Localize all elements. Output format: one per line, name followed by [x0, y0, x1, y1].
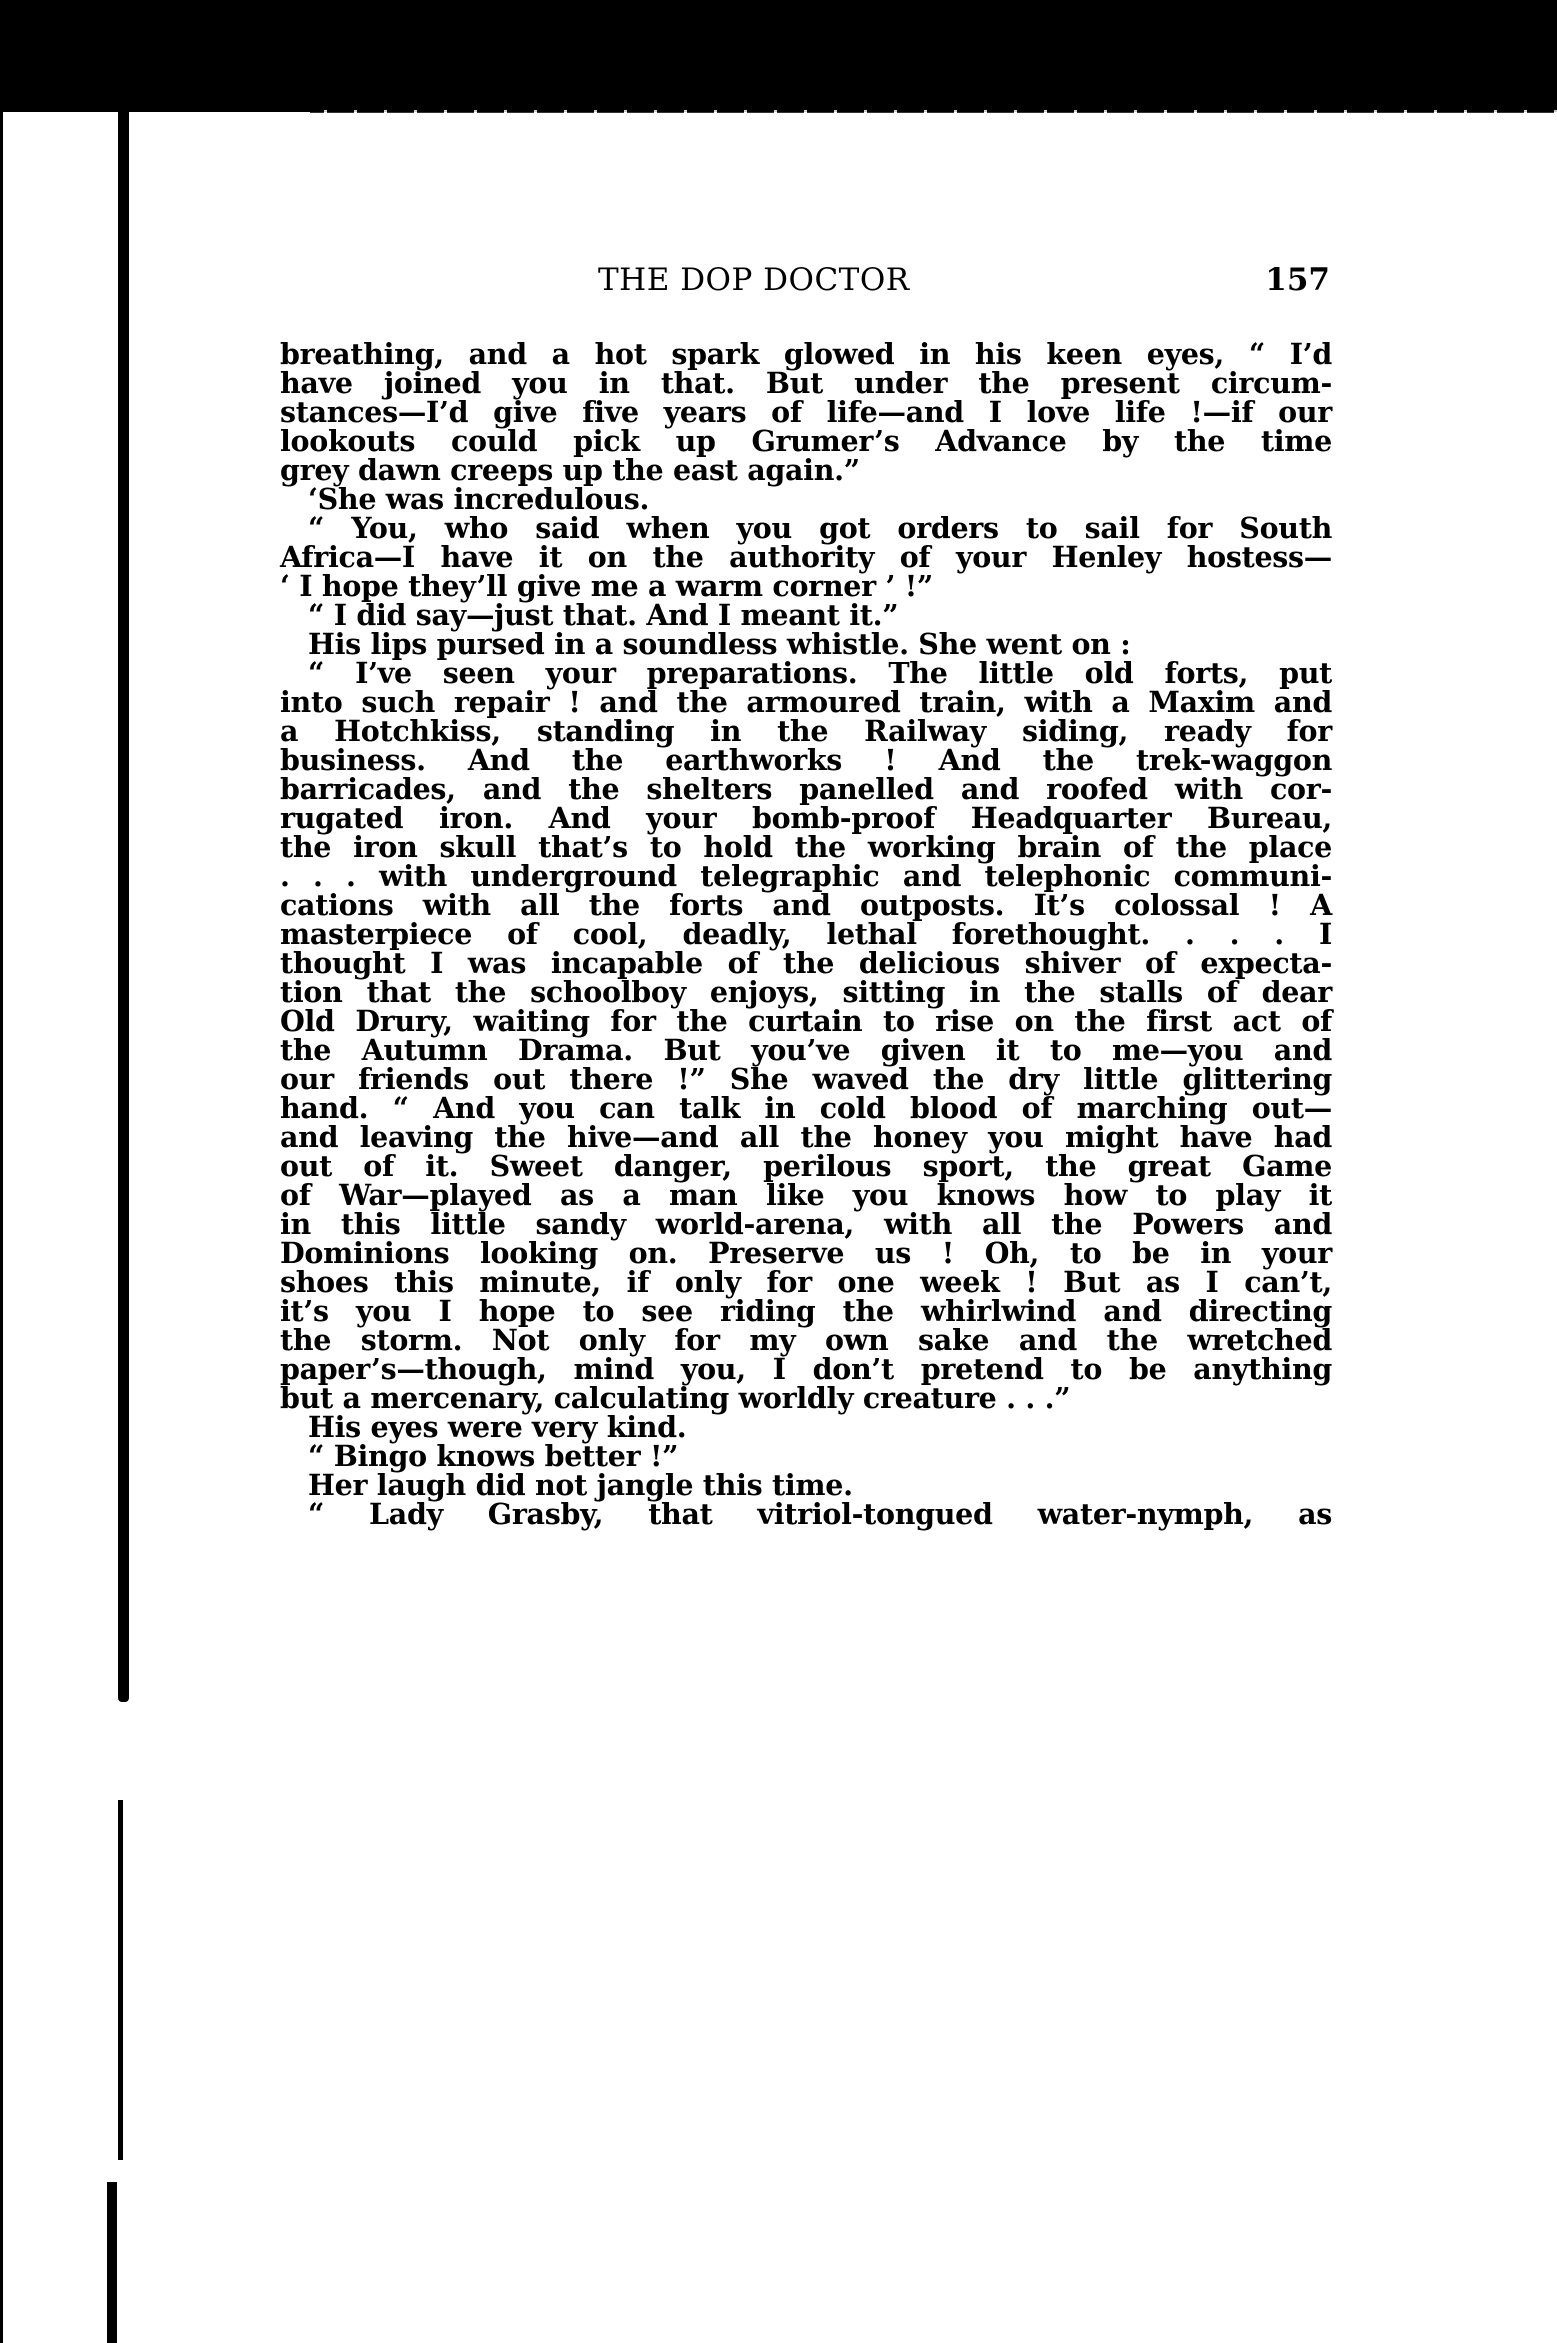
text-line: “ Lady Grasby, that vitriol-tongued wate… — [280, 1500, 1332, 1529]
book-binding-gutter-line-bottom — [107, 2182, 117, 2343]
running-head: THE DOP DOCTOR 157 — [280, 262, 1330, 302]
text-line: it’s you I hope to see riding the whirlw… — [280, 1297, 1332, 1326]
text-line: “ Bingo knows better !” — [280, 1442, 1332, 1471]
text-line: stances—I’d give five years of life—and … — [280, 398, 1332, 427]
running-title: THE DOP DOCTOR — [598, 262, 910, 298]
text-line: cations with all the forts and outposts.… — [280, 891, 1332, 920]
text-line: breathing, and a hot spark glowed in his… — [280, 340, 1332, 369]
text-line: His eyes were very kind. — [280, 1413, 1332, 1442]
text-line: barricades, and the shelters panelled an… — [280, 775, 1332, 804]
text-line: the storm. Not only for my own sake and … — [280, 1326, 1332, 1355]
text-line: business. And the earthworks ! And the t… — [280, 746, 1332, 775]
text-line: “ I’ve seen your preparations. The littl… — [280, 659, 1332, 688]
text-line: ‘ I hope they’ll give me a warm corner ’… — [280, 572, 1332, 601]
text-line: hand. “ And you can talk in cold blood o… — [280, 1094, 1332, 1123]
text-line: a Hotchkiss, standing in the Railway sid… — [280, 717, 1332, 746]
book-binding-gutter-line-lower — [118, 1800, 123, 2160]
text-line: have joined you in that. But under the p… — [280, 369, 1332, 398]
scan-top-dark-border — [0, 0, 1557, 112]
text-line: . . . with underground telegraphic and t… — [280, 862, 1332, 891]
text-line: the Autumn Drama. But you’ve given it to… — [280, 1036, 1332, 1065]
text-line: His lips pursed in a soundless whistle. … — [280, 630, 1332, 659]
text-line: but a mercenary, calculating worldly cre… — [280, 1384, 1332, 1413]
text-line: “ I did say—just that. And I meant it.” — [280, 601, 1332, 630]
page-number: 157 — [1265, 262, 1330, 298]
text-line: “ You, who said when you got orders to s… — [280, 514, 1332, 543]
body-text: breathing, and a hot spark glowed in his… — [280, 340, 1332, 1529]
text-line: lookouts could pick up Grumer’s Advance … — [280, 427, 1332, 456]
text-line: and leaving the hive—and all the honey y… — [280, 1123, 1332, 1152]
text-line: out of it. Sweet danger, perilous sport,… — [280, 1152, 1332, 1181]
book-binding-gutter-line — [118, 112, 129, 1702]
text-line: our friends out there !” She waved the d… — [280, 1065, 1332, 1094]
scan-top-border-edge — [310, 110, 1557, 113]
text-line: into such repair ! and the armoured trai… — [280, 688, 1332, 717]
text-line: rugated iron. And your bomb-proof Headqu… — [280, 804, 1332, 833]
text-line: masterpiece of cool, deadly, lethal fore… — [280, 920, 1332, 949]
text-line: ‘She was incredulous. — [280, 485, 1332, 514]
text-line: Old Drury, waiting for the curtain to ri… — [280, 1007, 1332, 1036]
text-line: tion that the schoolboy enjoys, sitting … — [280, 978, 1332, 1007]
scan-left-edge — [0, 112, 3, 2343]
text-line: Africa—I have it on the authority of you… — [280, 543, 1332, 572]
text-line: Her laugh did not jangle this time. — [280, 1471, 1332, 1500]
text-line: paper’s—though, mind you, I don’t preten… — [280, 1355, 1332, 1384]
text-line: thought I was incapable of the delicious… — [280, 949, 1332, 978]
text-line: in this little sandy world-arena, with a… — [280, 1210, 1332, 1239]
text-line: Dominions looking on. Preserve us ! Oh, … — [280, 1239, 1332, 1268]
text-line: the iron skull that’s to hold the workin… — [280, 833, 1332, 862]
text-line: of War—played as a man like you knows ho… — [280, 1181, 1332, 1210]
text-line: grey dawn creeps up the east again.” — [280, 456, 1332, 485]
text-line: shoes this minute, if only for one week … — [280, 1268, 1332, 1297]
